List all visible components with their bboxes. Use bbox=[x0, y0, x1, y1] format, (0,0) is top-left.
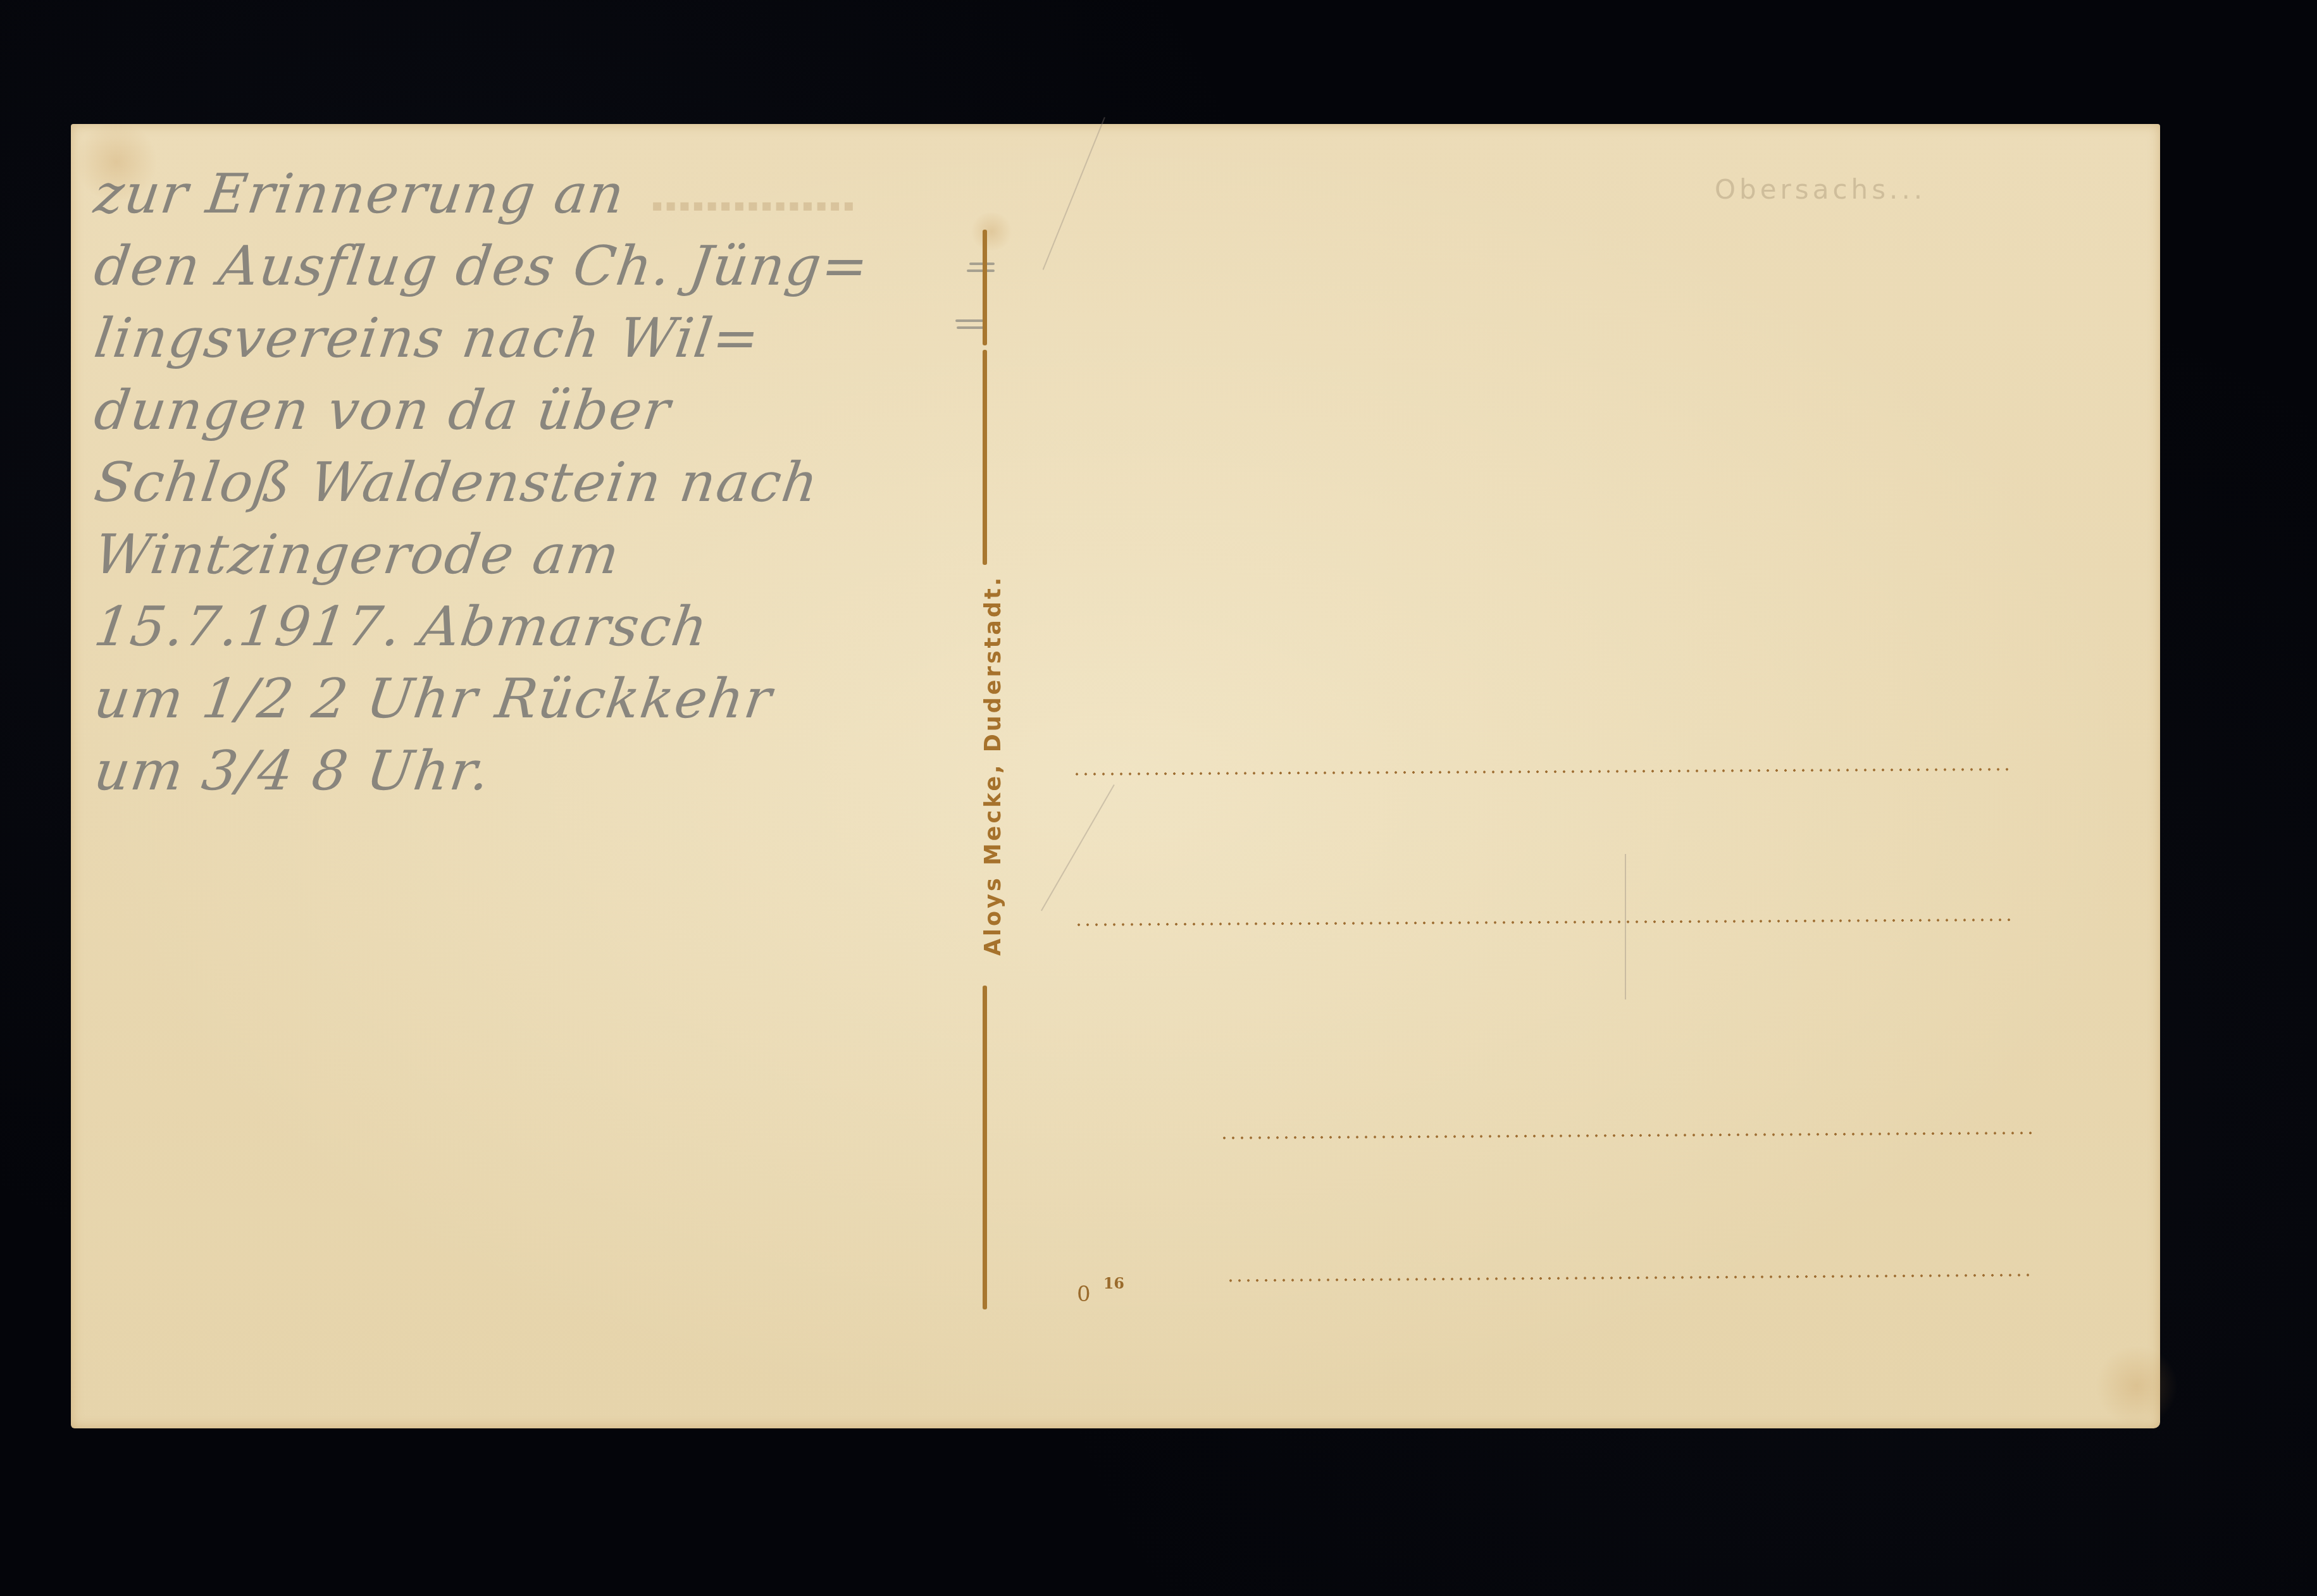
message-line: Wintzingerode am bbox=[90, 519, 1017, 591]
handwritten-message: zur Erinnerung an den Ausflug des Ch. Jü… bbox=[95, 158, 1012, 807]
pencil-hyphen-mark bbox=[957, 326, 986, 329]
pencil-stroke bbox=[1625, 854, 1626, 999]
message-line: zur Erinnerung an bbox=[90, 158, 1017, 230]
pencil-hyphen-mark bbox=[967, 269, 995, 272]
pencil-hyphen-mark bbox=[969, 263, 995, 265]
print-code-main: 0 bbox=[1077, 1282, 1091, 1307]
message-line: um 3/4 8 Uhr. bbox=[90, 735, 1017, 807]
message-line: den Ausflug des Ch. Jüng= bbox=[90, 230, 1017, 302]
print-code: 016 bbox=[1077, 1279, 1124, 1307]
message-line: dungen von da über bbox=[90, 374, 1017, 447]
message-line: 15.7.1917. Abmarsch bbox=[90, 591, 1017, 663]
print-code-superscript: 16 bbox=[1103, 1274, 1124, 1292]
center-divider-line bbox=[983, 230, 987, 345]
age-stain bbox=[2096, 1345, 2178, 1427]
center-divider-line bbox=[983, 986, 987, 1309]
publisher-imprint: Aloys Mecke, Duderstadt. bbox=[981, 575, 1006, 956]
message-line: Schloß Waldenstein nach bbox=[90, 447, 1017, 519]
faint-stamp: Obersachs... bbox=[1715, 174, 1926, 205]
pencil-hyphen-mark bbox=[955, 319, 986, 322]
center-divider-line bbox=[983, 350, 987, 565]
message-line: um 1/2 2 Uhr Rückkehr bbox=[90, 663, 1017, 735]
message-line: lingsvereins nach Wil= bbox=[90, 302, 1017, 374]
